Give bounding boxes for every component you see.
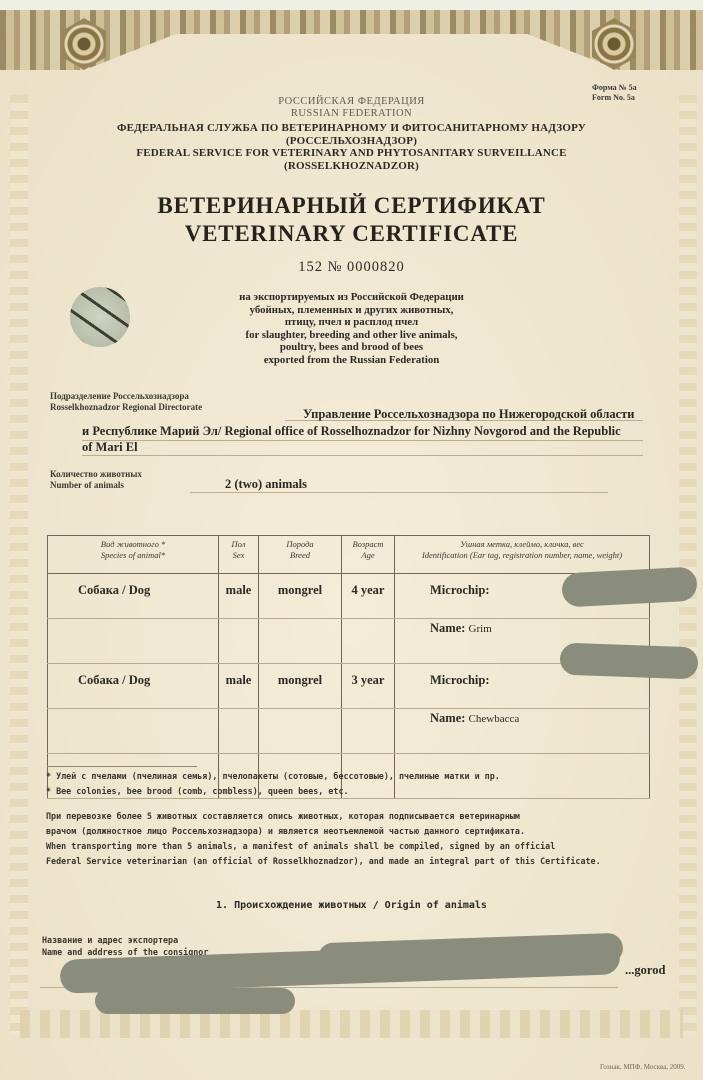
redaction-mark [561,566,698,607]
animal-count-label: Количество животных Number of animals [50,469,142,491]
agency-header: ФЕДЕРАЛЬНАЯ СЛУЖБА ПО ВЕТЕРИНАРНОМУ И ФИ… [0,122,703,172]
animal-count-value: 2 (two) animals [225,477,307,492]
directorate-value-line2: и Республике Марий Эл/ Regional office o… [82,424,621,439]
table-header-row: Вид животного *Species of animal* ПолSex… [48,536,650,574]
header-sex: ПолSex [219,536,259,574]
redaction-mark [559,643,698,680]
cell-breed: mongrel [259,574,342,619]
animals-table: Вид животного *Species of animal* ПолSex… [47,535,650,799]
manifest-note: При перевозке более 5 животных составляе… [46,809,601,869]
header-age: ВозрастAge [342,536,395,574]
header-species: Вид животного *Species of animal* [48,536,219,574]
directorate-label: Подразделение Россельхознадзора Rosselkh… [50,391,202,413]
printer-mark: Гознак, МПФ, Москва, 2009. [600,1063,686,1071]
section-origin-title: 1. Происхождение животных / Origin of an… [0,900,703,911]
ornamental-bottom-border [20,1010,683,1038]
consignor-value-visible: ...gorod [625,963,665,978]
field-underline [190,492,608,493]
cell-species: Собака / Dog [48,574,219,619]
header-identification: Ушная метка, клеймо, кличка, весIdentifi… [395,536,650,574]
consignor-label: Название и адрес экспортера Name and add… [42,934,208,958]
cell-breed: mongrel [259,664,342,709]
redaction-mark [95,988,295,1014]
country-header: РОССИЙСКАЯ ФЕДЕРАЦИЯ RUSSIAN FEDERATION [0,96,703,120]
serial-number: 152 № 0000820 [0,259,703,276]
table-row: Собака / Dog male mongrel 3 year Microch… [48,664,650,709]
cell-animal-name: Name: Chewbacca [395,709,650,754]
cell-sex: male [219,574,259,619]
certificate-subtitle: на экспортируемых из Российской Федераци… [0,291,703,366]
cell-sex: male [219,664,259,709]
footnote-bees: * Улей с пчелами (пчелиная семья), пчело… [46,769,500,799]
cell-age: 3 year [342,664,395,709]
table-row: Собака / Dog male mongrel 4 year Microch… [48,574,650,619]
footnote-divider [47,766,197,767]
table-row: Name: Chewbacca [48,709,650,754]
directorate-value-line1: Управление Россельхознадзора по Нижегоро… [303,407,635,422]
header-breed: ПородаBreed [259,536,342,574]
certificate-title: ВЕТЕРИНАРНЫЙ СЕРТИФИКАТ VETERINARY CERTI… [0,192,703,248]
field-underline [82,455,643,456]
cell-age: 4 year [342,574,395,619]
cell-species: Собака / Dog [48,664,219,709]
field-underline [82,440,643,441]
directorate-value-line3: of Mari El [82,440,138,455]
